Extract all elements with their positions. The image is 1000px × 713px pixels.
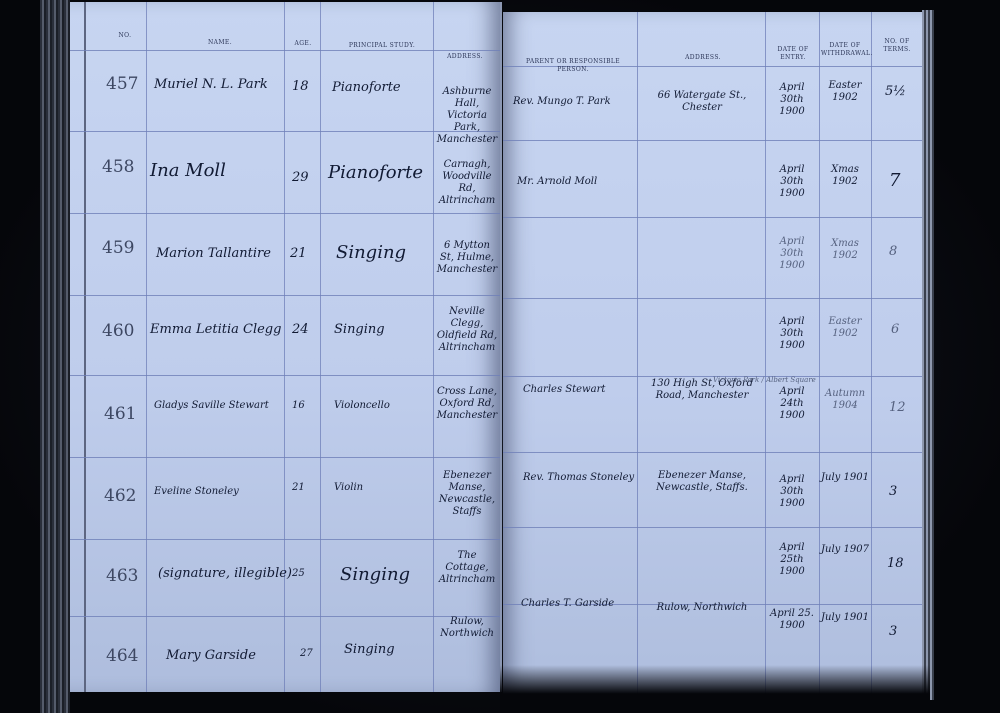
terms-count: 7 [889, 170, 900, 191]
header-no: No. [110, 32, 140, 40]
header-study: Principal Study. [332, 42, 432, 50]
col-divider [871, 12, 872, 702]
terms-count: 3 [889, 484, 897, 499]
left-page-stack [40, 0, 70, 713]
row-divider [70, 539, 500, 540]
entry-number: 463 [106, 566, 138, 586]
student-name: Emma Letitia Clegg [150, 322, 281, 337]
entry-date: April 30th 1900 [767, 82, 817, 118]
parent-name: Rev. Thomas Stoneley [523, 472, 634, 484]
col-divider [320, 2, 321, 692]
student-age: 18 [292, 79, 309, 94]
student-address: The Cottage, Altrincham [436, 550, 498, 586]
student-name: Marion Tallantire [156, 246, 271, 261]
col-divider [433, 2, 434, 692]
row-divider [70, 213, 500, 214]
student-name: Eveline Stoneley [154, 486, 239, 498]
entry-number: 457 [106, 74, 138, 94]
principal-study: Violoncello [334, 400, 390, 412]
student-name: Muriel N. L. Park [154, 77, 268, 92]
student-address: 6 Mytton St, Hulme, Manchester [436, 240, 498, 276]
withdrawal-date: July 1907 [821, 544, 869, 556]
row-divider [503, 527, 923, 528]
entry-number: 461 [104, 404, 136, 424]
principal-study: Singing [340, 564, 410, 585]
student-name: Mary Garside [166, 648, 256, 663]
row-divider [70, 50, 500, 51]
student-age: 27 [300, 648, 313, 660]
principal-study: Violin [334, 482, 363, 494]
page-shadow [500, 665, 930, 713]
parent-name: Rev. Mungo T. Park [513, 96, 611, 108]
col-divider [637, 12, 638, 702]
row-divider [503, 452, 923, 453]
right-page: Parent or Responsible Person. Address. D… [503, 12, 923, 702]
terms-count: 8 [889, 244, 897, 259]
entry-date: April 30th 1900 [767, 474, 817, 510]
entry-number: 458 [102, 157, 134, 177]
row-divider [503, 140, 923, 141]
entry-number: 462 [104, 486, 136, 506]
col-divider [765, 12, 766, 702]
row-divider [70, 375, 500, 376]
withdrawal-date: July 1901 [821, 472, 869, 484]
header-withdrawal-date: Date of Withdrawal. [821, 42, 869, 58]
entry-date: April 30th 1900 [767, 316, 817, 352]
principal-study: Singing [334, 322, 385, 337]
terms-count: 6 [891, 322, 899, 337]
student-age: 29 [292, 170, 309, 185]
header-parent: Parent or Responsible Person. [513, 58, 633, 74]
student-age: 21 [292, 482, 305, 494]
row-divider [503, 217, 923, 218]
principal-study: Singing [344, 642, 395, 657]
parent-address: Ebenezer Manse, Newcastle, Staffs. [643, 470, 761, 494]
parent-address: 66 Watergate St., Chester [643, 90, 761, 114]
right-page-stack [922, 10, 934, 700]
row-divider [70, 295, 500, 296]
parent-name: Charles Stewart [523, 384, 605, 396]
student-age: 24 [292, 322, 309, 337]
header-age: Age. [288, 40, 318, 48]
parent-address: Rulow, Northwich [643, 602, 761, 614]
student-age: 16 [292, 400, 305, 412]
col-divider [819, 12, 820, 702]
student-address: Cross Lane, Oxford Rd, Manchester [436, 386, 498, 422]
withdrawal-date: Autumn 1904 [821, 388, 869, 412]
entry-date: April 30th 1900 [767, 164, 817, 200]
left-page: No. Name. Age. Principal Study. Address.… [70, 2, 502, 692]
row-divider [70, 457, 500, 458]
entry-date: April 30th 1900 [767, 236, 817, 272]
terms-count: 18 [887, 556, 904, 571]
row-divider [503, 298, 923, 299]
col-divider [146, 2, 147, 692]
entry-date: April 25. 1900 [767, 608, 817, 632]
header-name: Name. [170, 39, 270, 47]
entry-date: April 24th 1900 [767, 386, 817, 422]
entry-number: 460 [102, 321, 134, 341]
student-age: 25 [292, 568, 305, 580]
student-name: Gladys Saville Stewart [154, 400, 269, 412]
header-entry-date: Date of Entry. [771, 46, 815, 62]
entry-number: 459 [102, 238, 134, 258]
address-annotation: Victoria Park / Albert Square [713, 374, 816, 386]
student-address: Ebenezer Manse, Newcastle, Staffs [436, 470, 498, 518]
terms-count: 5½ [885, 84, 906, 99]
student-address: Neville Clegg, Oldfield Rd, Altrincham [436, 306, 498, 354]
terms-count: 3 [889, 624, 897, 639]
header-parent-address: Address. [673, 54, 733, 62]
student-address: Carnagh, Woodville Rd, Altrincham [436, 159, 498, 207]
principal-study: Singing [336, 242, 406, 263]
margin-rule [84, 2, 86, 692]
student-name: (signature, illegible) [158, 566, 292, 581]
header-terms: No. of Terms. [875, 38, 919, 54]
student-name: Ina Moll [150, 160, 226, 181]
terms-count: 12 [889, 400, 906, 415]
col-divider [284, 2, 285, 692]
entry-date: April 25th 1900 [767, 542, 817, 578]
withdrawal-date: Easter 1902 [821, 316, 869, 340]
student-address: Ashburne Hall, Victoria Park, Manchester [436, 86, 498, 146]
withdrawal-date: Xmas 1902 [821, 164, 869, 188]
principal-study: Pianoforte [328, 162, 423, 183]
withdrawal-date: Xmas 1902 [821, 238, 869, 262]
withdrawal-date: Easter 1902 [821, 80, 869, 104]
header-address: Address. [440, 53, 490, 61]
withdrawal-date: July 1901 [821, 612, 869, 624]
student-address: Rulow, Northwich [436, 616, 498, 640]
parent-name: Mr. Arnold Moll [517, 176, 597, 188]
entry-number: 464 [106, 646, 138, 666]
principal-study: Pianoforte [332, 80, 401, 95]
parent-name: Charles T. Garside [521, 598, 614, 610]
student-age: 21 [290, 246, 307, 261]
